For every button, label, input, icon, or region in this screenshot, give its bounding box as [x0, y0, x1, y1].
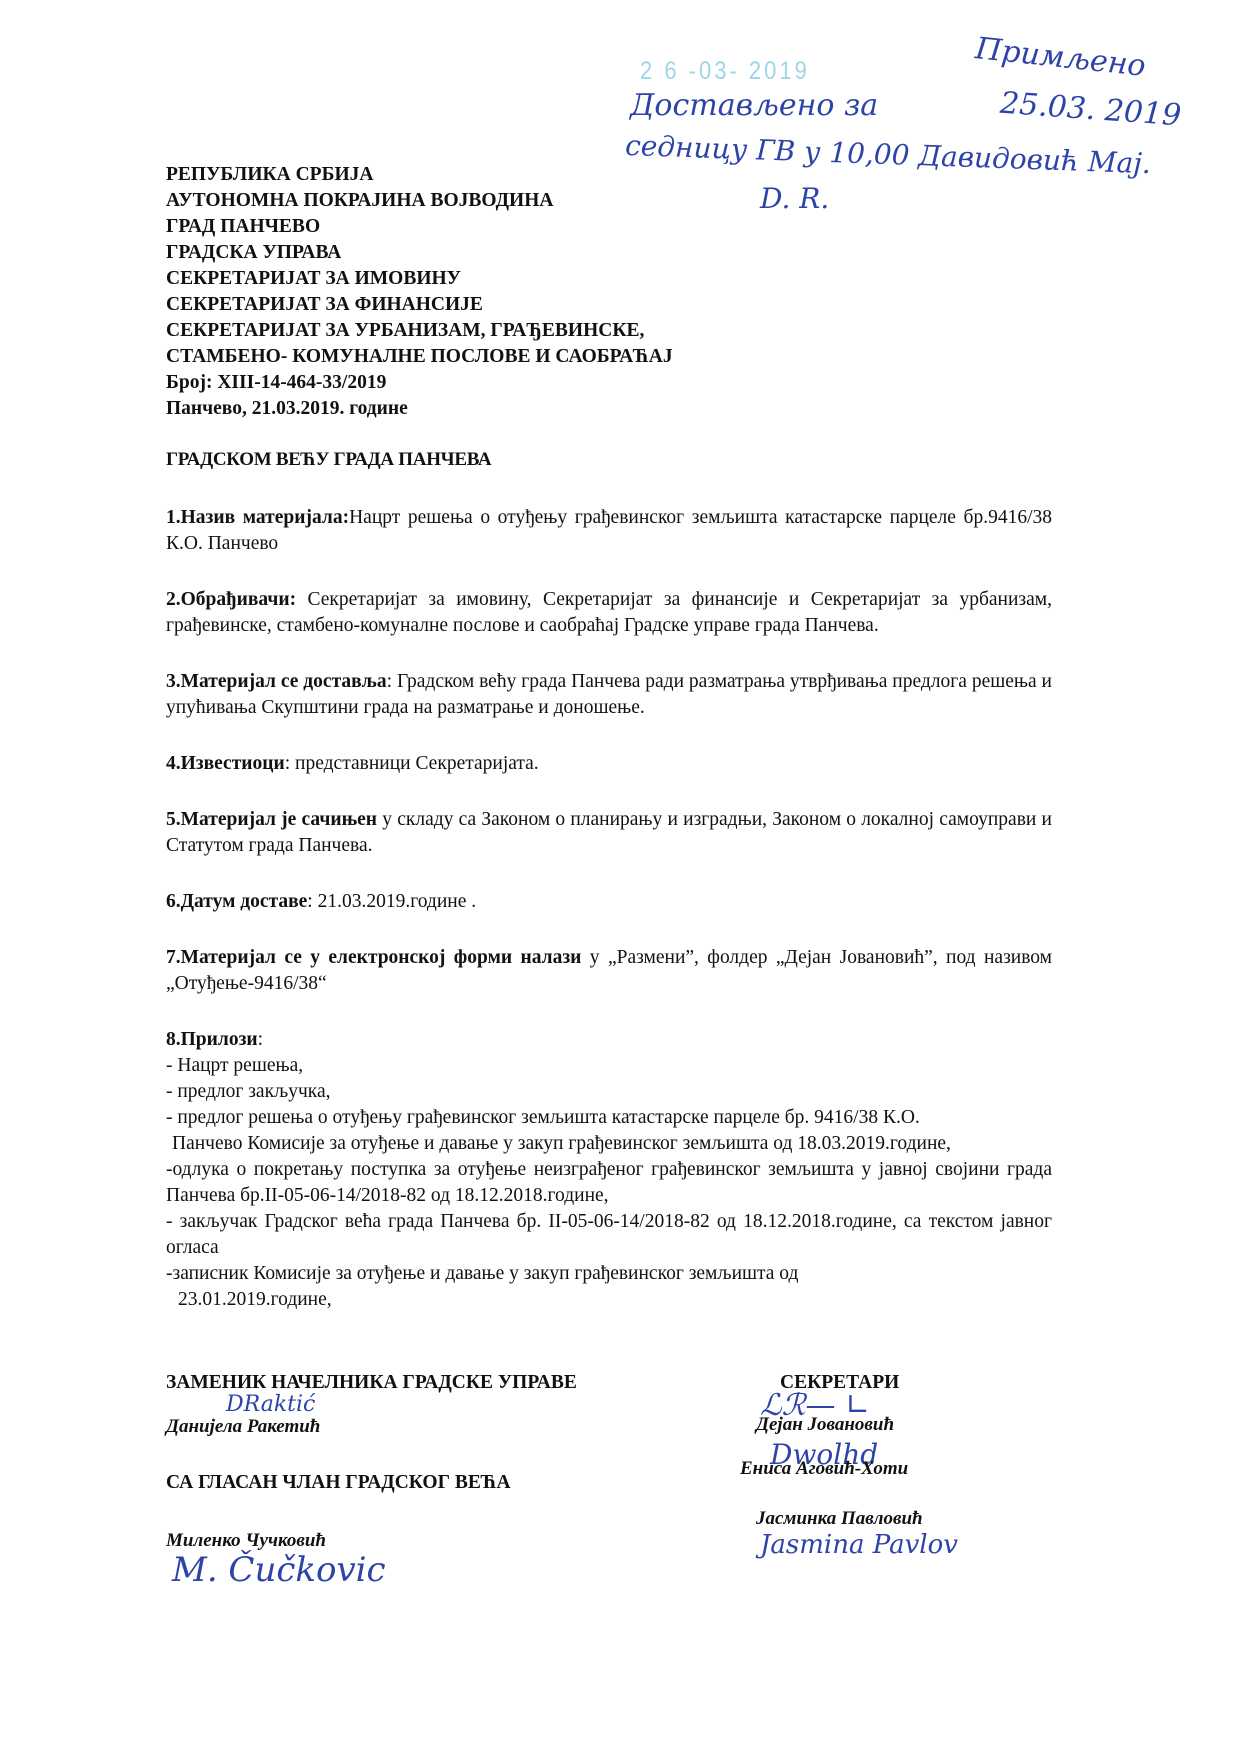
attachment-item: -записник Комисије за отуђење и давање у…	[166, 1261, 1052, 1287]
deputy-head-name: Данијела Ракетић	[166, 1416, 577, 1438]
item-processors: 2.Обрађивачи: Секретаријат за имовину, С…	[166, 587, 1052, 639]
secretary-name: Ениса Аговић-Хоти	[740, 1458, 958, 1480]
secretary-name: Дејан Јовановић	[756, 1414, 958, 1436]
header-line: РЕПУБЛИКА СРБИЈА	[166, 162, 673, 188]
council-member-signature: M. Čučkovic	[172, 1550, 577, 1590]
received-stamp: 2 6 -03- 2019	[640, 56, 810, 86]
handwritten-received-date: 25.03. 2019	[999, 86, 1182, 134]
secretary-signature: ℒℛ— ∟	[760, 1388, 958, 1414]
header-line: ГРАДСКА УПРАВА	[166, 240, 673, 266]
secretary-signature: Dwolhd	[770, 1438, 958, 1458]
document-date: Панчево, 21.03.2019. године	[166, 396, 673, 422]
header-line: СЕКРЕТАРИЈАТ ЗА ИМОВИНУ	[166, 266, 673, 292]
handwritten-initials: D. R.	[760, 182, 829, 215]
item-text: : 21.03.2019.године .	[307, 891, 476, 912]
header-line: СЕКРЕТАРИЈАТ ЗА ФИНАНСИЈЕ	[166, 292, 673, 318]
attachment-item-continued: 23.01.2019.године,	[166, 1287, 1052, 1313]
item-label: 5.Материјал је сачињен	[166, 809, 377, 830]
document-body: 1.Назив материјала:Нацрт решења о отуђењ…	[166, 505, 1052, 1313]
attachments-title: 8.Прилози	[166, 1029, 258, 1050]
item-text: : представници Секретаријата.	[285, 753, 539, 774]
item-reporters: 4.Известиоци: представници Секретаријата…	[166, 751, 1052, 777]
document-header: РЕПУБЛИКА СРБИЈА АУТОНОМНА ПОКРАЈИНА ВОЈ…	[166, 162, 673, 422]
council-member-title: СА ГЛАСАН ЧЛАН ГРАДСКОГ ВЕЋА	[166, 1472, 577, 1494]
attachment-item: -одлука о покретању поступка за отуђење …	[166, 1157, 1052, 1209]
deputy-head-title: ЗАМЕНИК НАЧЕЛНИКА ГРАДСКЕ УПРАВЕ	[166, 1372, 577, 1394]
handwritten-received-label: Примљено	[974, 31, 1148, 84]
attachment-item-continued: Панчево Комисије за отуђење и давање у з…	[166, 1131, 1052, 1157]
header-line: СТАМБЕНО- КОМУНАЛНЕ ПОСЛОВЕ И САОБРАЋАЈ	[166, 344, 673, 370]
addressee: ГРАДСКОМ ВЕЋУ ГРАДА ПАНЧЕВА	[166, 449, 491, 471]
attachment-item: - предлог закључка,	[166, 1079, 1052, 1105]
header-line: ГРАД ПАНЧЕВО	[166, 214, 673, 240]
item-delivery-date: 6.Датум доставе: 21.03.2019.године .	[166, 889, 1052, 915]
secretary-name: Јасминка Павловић	[756, 1508, 958, 1530]
item-electronic-form: 7.Материјал се у електронској форми нала…	[166, 945, 1052, 997]
attachments-section: 8.Прилози: - Нацрт решења, - предлог зак…	[166, 1027, 1052, 1313]
item-delivered-to: 3.Материјал се доставља: Градском већу г…	[166, 669, 1052, 721]
attachment-item: - Нацрт решења,	[166, 1053, 1052, 1079]
header-line: СЕКРЕТАРИЈАТ ЗА УРБАНИЗАМ, ГРАЂЕВИНСКЕ,	[166, 318, 673, 344]
item-label: 7.Материјал се у електронској форми нала…	[166, 947, 581, 968]
document-number: Број: XIII-14-464-33/2019	[166, 370, 673, 396]
item-label: 1.Назив материјала:	[166, 507, 349, 528]
attachment-item: - закључак Градског већа града Панчева б…	[166, 1209, 1052, 1261]
item-compliance: 5.Материјал је сачињен у складу са Закон…	[166, 807, 1052, 859]
signature-block-right: СЕКРЕТАРИ ℒℛ— ∟ Дејан Јовановић Dwolhd Е…	[780, 1372, 958, 1560]
deputy-head-signature: DRaktić	[226, 1392, 577, 1416]
item-label: 6.Датум доставе	[166, 891, 307, 912]
attachment-item: - предлог решења о отуђењу грађевинског …	[166, 1105, 1052, 1131]
handwritten-note-line2: седницу ГВ у 10,00 Давидовић Мај.	[625, 129, 1152, 180]
council-member-name: Миленко Чучковић	[166, 1530, 577, 1552]
handwritten-note-line1: Достављено за	[630, 88, 878, 123]
header-line: АУТОНОМНА ПОКРАЈИНА ВОЈВОДИНА	[166, 188, 673, 214]
attachments-title-suffix: :	[258, 1029, 263, 1050]
item-label: 3.Материјал се доставља	[166, 671, 387, 692]
item-text: Секретаријат за имовину, Секретаријат за…	[166, 589, 1052, 636]
item-label: 2.Обрађивачи:	[166, 589, 296, 610]
secretary-signature: Jasmina Pavlov	[760, 1530, 958, 1560]
item-label: 4.Известиоци	[166, 753, 285, 774]
signature-block-left: ЗАМЕНИК НАЧЕЛНИКА ГРАДСКЕ УПРАВЕ DRaktić…	[166, 1372, 577, 1590]
item-material-name: 1.Назив материјала:Нацрт решења о отуђењ…	[166, 505, 1052, 557]
